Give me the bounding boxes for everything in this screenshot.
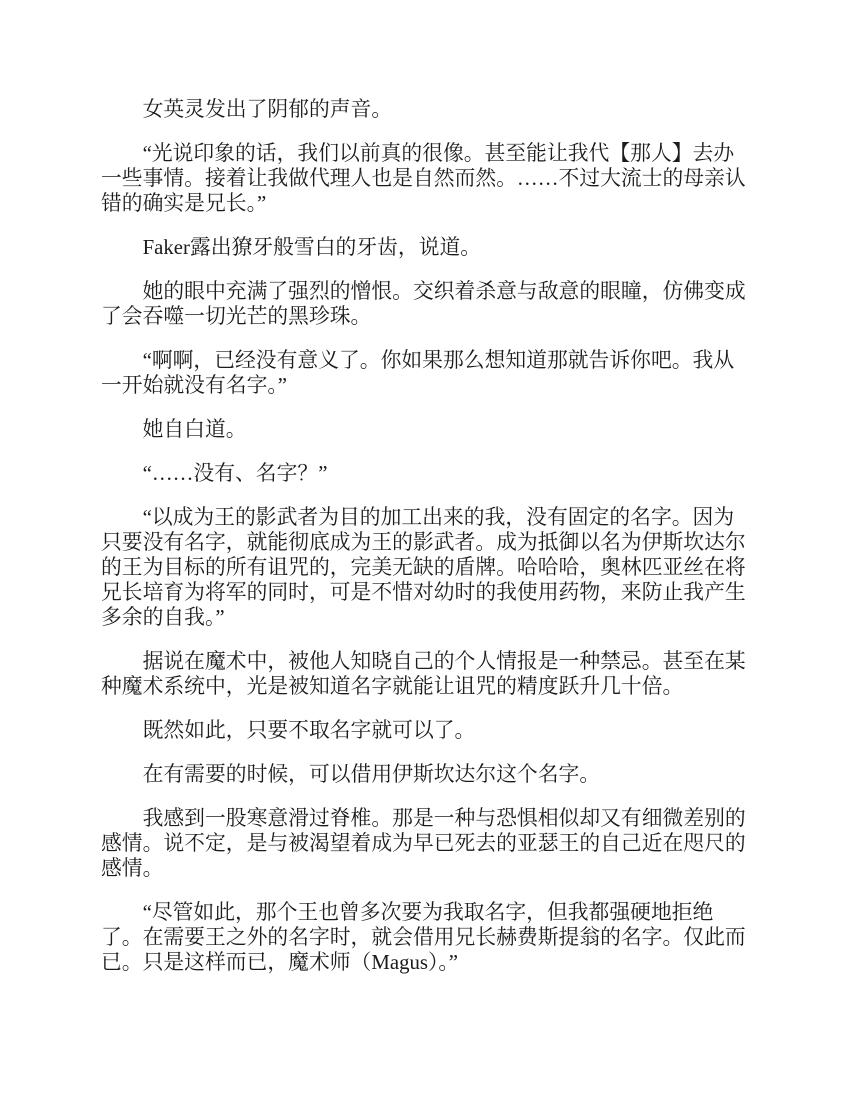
paragraph: 女英灵发出了阴郁的声音。: [101, 97, 783, 122]
paragraph: 她自白道。: [101, 417, 783, 442]
document-page: 女英灵发出了阴郁的声音。 “光说印象的话，我们以前真的很像。甚至能让我代【那人】…: [0, 0, 850, 1100]
paragraph: “尽管如此，那个王也曾多次要为我取名字，但我都强硬地拒绝 了。在需要王之外的名字…: [101, 900, 783, 975]
novel-text-body: 女英灵发出了阴郁的声音。 “光说印象的话，我们以前真的很像。甚至能让我代【那人】…: [101, 97, 783, 975]
paragraph: 她的眼中充满了强烈的憎恨。交织着杀意与敌意的眼瞳，仿佛变成 了会吞噬一切光芒的黑…: [101, 279, 783, 329]
paragraph: 我感到一股寒意滑过脊椎。那是一种与恐惧相似却又有细微差别的 感情。说不定，是与被…: [101, 806, 783, 881]
paragraph: 据说在魔术中，被他人知晓自己的个人情报是一种禁忌。甚至在某 种魔术系统中，光是被…: [101, 649, 783, 699]
paragraph: 既然如此，只要不取名字就可以了。: [101, 718, 783, 743]
paragraph: “啊啊，已经没有意义了。你如果那么想知道那就告诉你吧。我从 一开始就没有名字。”: [101, 348, 783, 398]
paragraph: “光说印象的话，我们以前真的很像。甚至能让我代【那人】去办 一些事情。接着让我做…: [101, 141, 783, 216]
paragraph: “……没有、名字？”: [101, 461, 783, 486]
paragraph: “以成为王的影武者为目的加工出来的我，没有固定的名字。因为 只要没有名字，就能彻…: [101, 505, 783, 630]
paragraph: 在有需要的时候，可以借用伊斯坎达尔这个名字。: [101, 762, 783, 787]
paragraph: Faker露出獠牙般雪白的牙齿，说道。: [101, 235, 783, 260]
